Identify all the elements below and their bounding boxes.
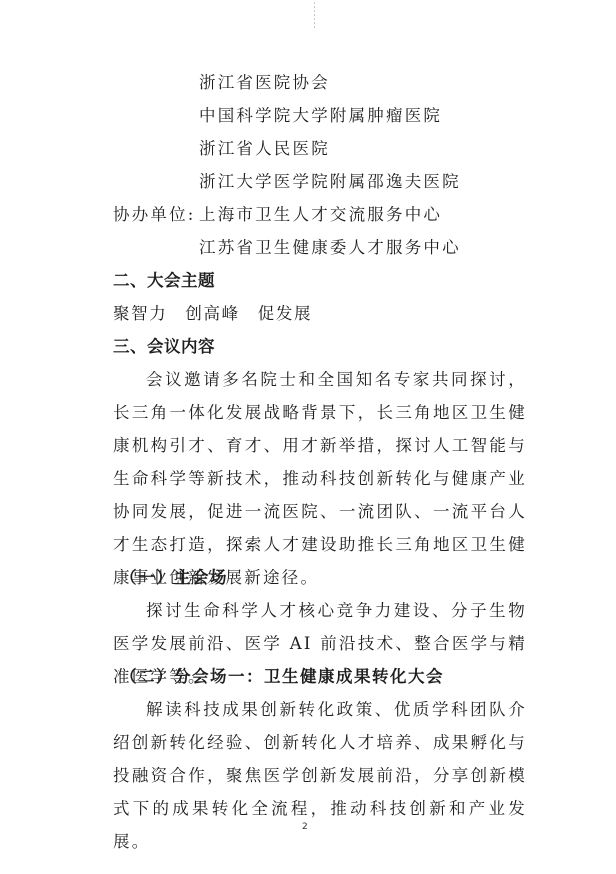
organizer-item: 中国科学院大学附属肿瘤医院: [199, 106, 442, 126]
subsection-heading-main-venue: （一）主会场: [120, 568, 228, 588]
subsection-heading-branch-venue-1: （二）分会场一：卫生健康成果转化大会: [120, 667, 444, 687]
organizer-item: 浙江省人民医院: [199, 139, 330, 159]
branch-venue-1-paragraph: 解读科技成果创新转化政策、优质学科团队介绍创新转化经验、创新转化人才培养、成果孵…: [113, 693, 527, 858]
co-organizers-label: 协办单位:: [113, 205, 196, 225]
page-number: 2: [302, 822, 308, 832]
section-heading-theme: 二、大会主题: [113, 271, 215, 291]
organizer-item: 浙江大学医学院附属邵逸夫医院: [199, 172, 461, 192]
section-heading-content: 三、会议内容: [113, 337, 215, 357]
conference-theme: 聚智力 创高峰 促发展: [113, 304, 312, 324]
co-organizer-item: 上海市卫生人才交流服务中心: [199, 205, 442, 225]
document-page: 浙江省医院协会 中国科学院大学附属肿瘤医院 浙江省人民医院 浙江大学医学院附属邵…: [0, 0, 616, 874]
scan-artifact: [314, 2, 315, 28]
organizer-item: 浙江省医院协会: [199, 73, 330, 93]
co-organizer-item: 江苏省卫生健康委人才服务中心: [199, 238, 461, 258]
content-intro-paragraph: 会议邀请多名院士和全国知名专家共同探讨，长三角一体化发展战略背景下，长三角地区卫…: [113, 363, 527, 594]
